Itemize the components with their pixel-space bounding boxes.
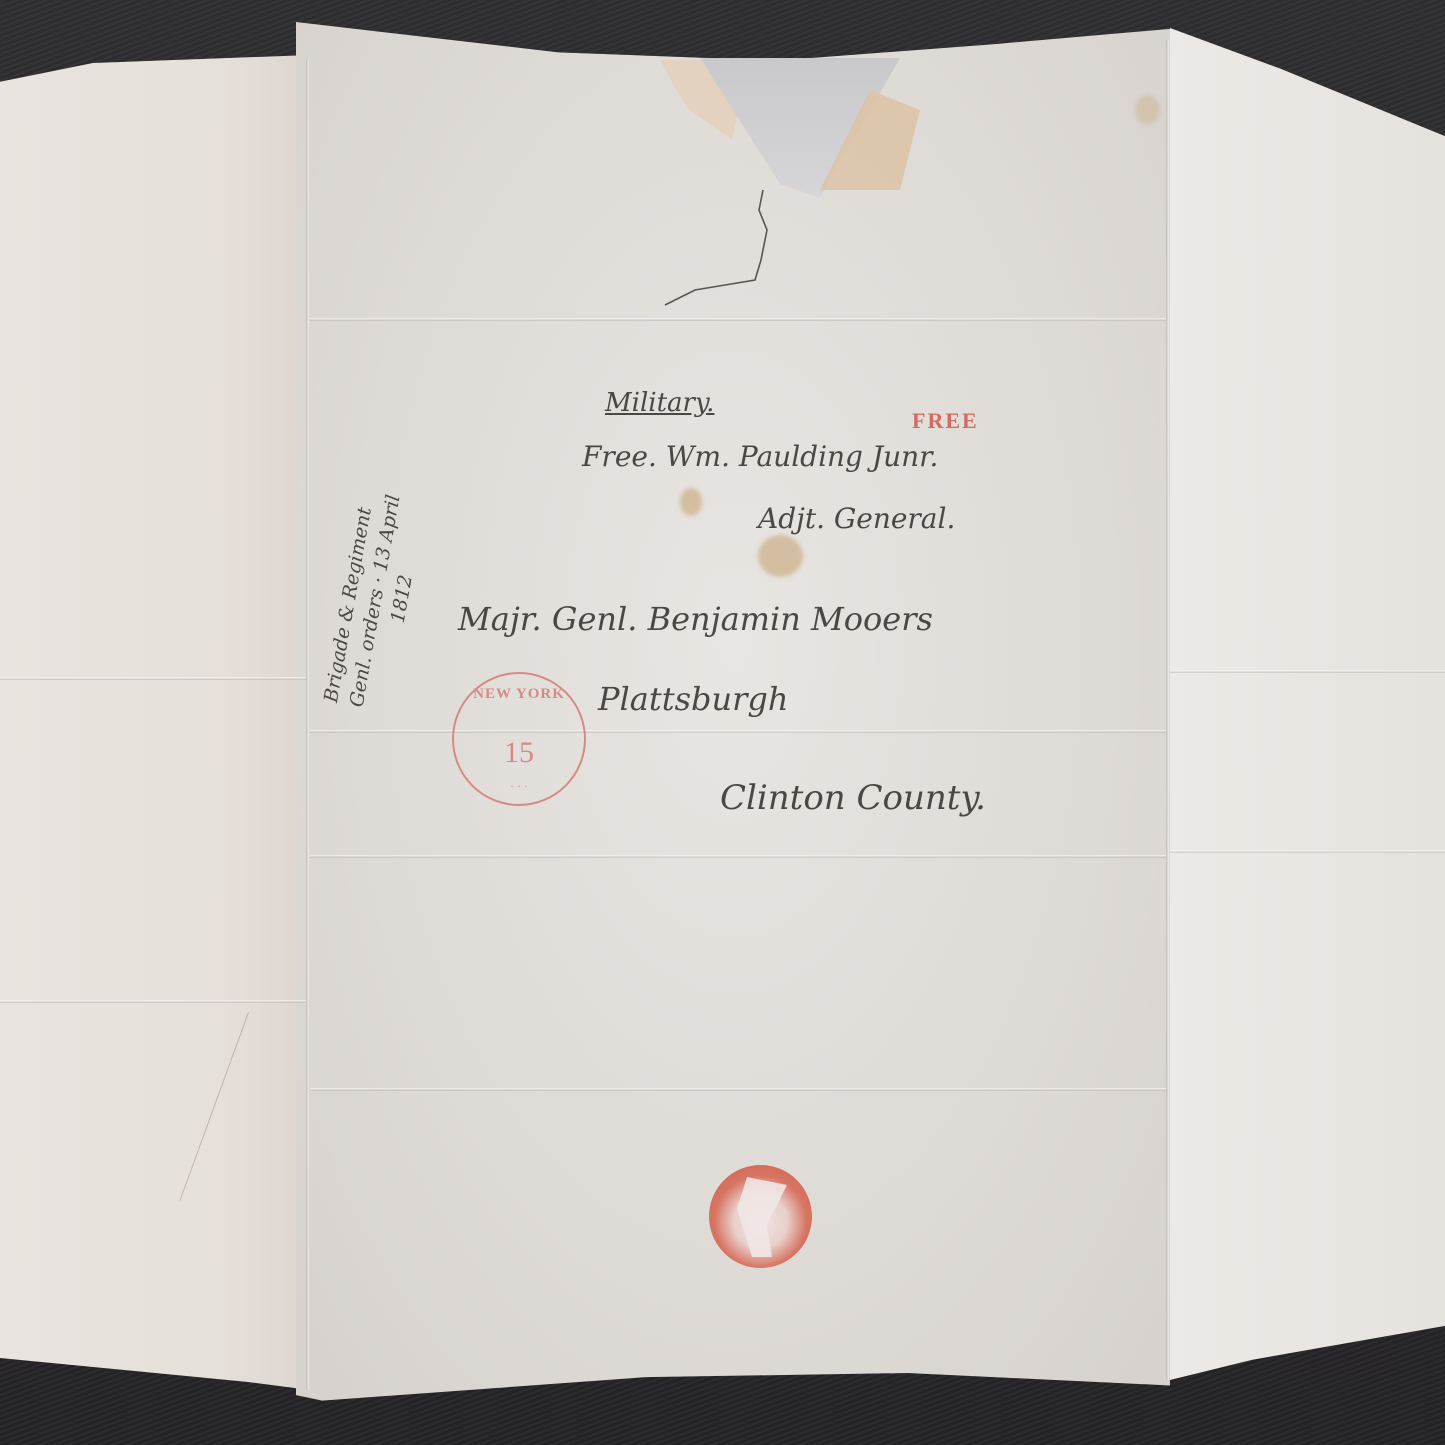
postmark-city: NEW YORK: [454, 686, 584, 703]
fold-line-horizontal: [310, 318, 1166, 321]
foxing-stain: [1135, 95, 1160, 125]
postmark-day: 15: [454, 736, 584, 770]
fold-line-horizontal: [1170, 670, 1445, 673]
fold-line-horizontal: [310, 730, 1166, 733]
franking-signature: Free. Wm. Paulding Junr.: [582, 440, 938, 473]
left-fold-panel: [0, 55, 310, 1390]
address-town: Plattsburgh: [598, 680, 788, 718]
tear-line: [655, 190, 775, 310]
fold-line-right: [1166, 40, 1169, 1380]
free-handstamp: FREE: [912, 408, 979, 434]
foxing-stain: [680, 488, 702, 516]
postmark-bottom: · · ·: [454, 779, 584, 794]
fold-line-horizontal: [0, 677, 306, 680]
right-fold-panel: [1170, 28, 1445, 1380]
military-endorsement: Military.: [605, 388, 714, 418]
franking-title: Adjt. General.: [758, 502, 955, 535]
addressee-name: Majr. Genl. Benjamin Mooers: [458, 600, 933, 638]
fold-line-horizontal: [0, 1000, 306, 1003]
postmark-circle: NEW YORK 15 · · ·: [452, 672, 586, 806]
fold-line-horizontal: [1170, 850, 1445, 853]
fold-line-horizontal: [310, 855, 1166, 858]
wax-seal: [709, 1165, 812, 1268]
seal-break-mark: [737, 1177, 787, 1257]
fold-line-left: [306, 60, 309, 1390]
foxing-stain: [758, 535, 803, 577]
address-county: Clinton County.: [720, 778, 986, 818]
fold-line-horizontal: [310, 1088, 1166, 1091]
